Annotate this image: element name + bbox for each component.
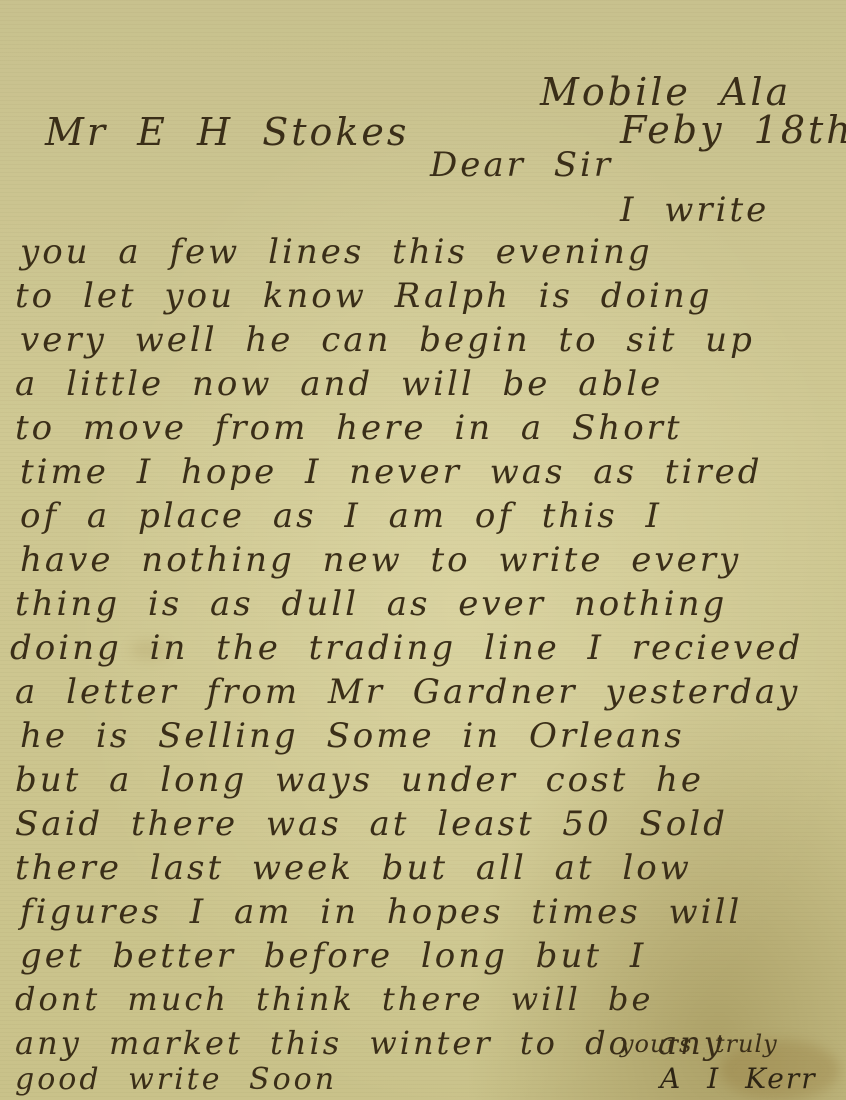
body-line: any market this winter to do any xyxy=(15,1024,725,1062)
body-line: a letter from Mr Gardner yesterday xyxy=(15,672,800,712)
body-line: you a few lines this evening xyxy=(20,232,653,272)
body-line: to let you know Ralph is doing xyxy=(15,276,713,316)
letter-signature: A I Kerr xyxy=(660,1062,817,1095)
letter-salutation: Dear Sir xyxy=(430,145,613,185)
body-line: get better before long but I xyxy=(20,936,646,976)
letter-addressee: Mr E H Stokes xyxy=(45,110,409,154)
body-line: to move from here in a Short xyxy=(15,408,683,448)
body-line: Said there was at least 50 Sold xyxy=(15,804,728,844)
body-line: good write Soon xyxy=(15,1062,337,1097)
body-line: a little now and will be able xyxy=(15,364,663,404)
body-line: thing is as dull as ever nothing xyxy=(15,584,727,624)
handwritten-letter-page: Mobile Ala Mr E H Stokes Feby 18th/61 De… xyxy=(0,0,846,1100)
body-line: have nothing new to write every xyxy=(20,540,741,580)
body-line: dont much think there will be xyxy=(15,980,653,1018)
body-line: doing in the trading line I recieved xyxy=(10,628,803,668)
body-line: he is Selling Some in Orleans xyxy=(20,716,685,756)
body-line: of a place as I am of this I xyxy=(20,496,662,536)
body-line: I write xyxy=(620,190,769,230)
body-line: figures I am in hopes times will xyxy=(20,892,742,932)
body-line: but a long ways under cost he xyxy=(15,760,704,800)
body-line: there last week but all at low xyxy=(15,848,692,888)
letter-closing: yours truly xyxy=(620,1030,778,1058)
letter-date: Feby 18th/61 xyxy=(620,108,846,152)
body-line: time I hope I never was as tired xyxy=(20,452,762,492)
body-line: very well he can begin to sit up xyxy=(20,320,755,360)
